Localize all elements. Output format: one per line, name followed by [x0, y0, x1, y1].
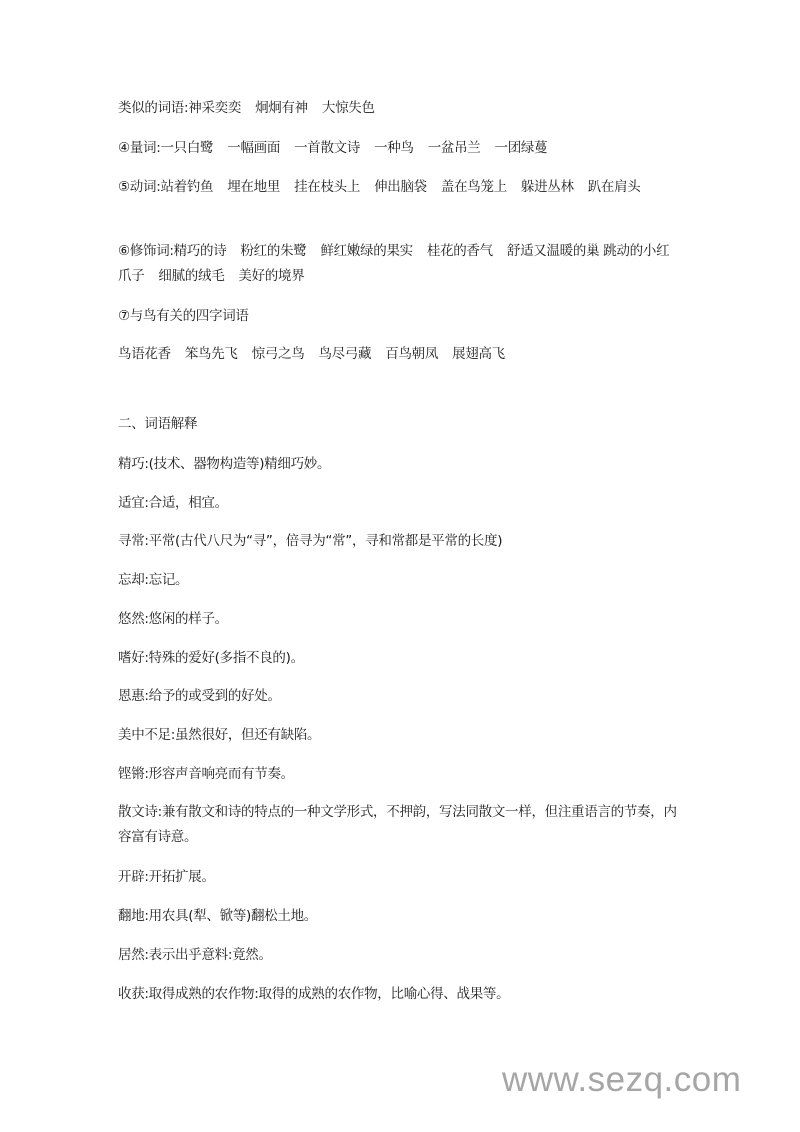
definition-entry: 翻地:用农具(犁、锨等)翻松土地。: [118, 904, 317, 929]
label: 类似的词语:: [118, 100, 188, 116]
measure-words-line: ④量词:一只白鹭一幅画面一首散文诗一种鸟一盆吊兰一团绿蔓: [118, 136, 547, 161]
verbs-line: ⑤动词:站着钓鱼埋在地里挂在枝头上伸出脑袋盖在鸟笼上躲进丛林趴在肩头: [118, 175, 678, 200]
modifiers-line: ⑥修饰词:精巧的诗粉红的朱鹭鲜红嫩绿的果实桂花的香气舒适又温暖的巢 跳动的小红爪…: [118, 239, 678, 289]
definition-entry: 开辟:开拓扩展。: [118, 865, 215, 890]
watermark: www.sezq.com: [502, 1060, 741, 1100]
definition-entry: 美中不足:虽然很好，但还有缺陷。: [118, 723, 320, 748]
definition-entry: 嗜好:特殊的爱好(多指不良的)。: [118, 646, 304, 671]
definition-entry: 铿锵:形容声音响亮而有节奏。: [118, 762, 294, 787]
section-heading: 二、词语解释: [118, 412, 197, 437]
definition-entry: 寻常:平常(古代八尺为“寻”，倍寻为“常”，寻和常都是平常的长度): [118, 529, 502, 554]
definition-entry: 散文诗:兼有散文和诗的特点的一种文学形式，不押韵，写法同散文一样，但注重语言的节…: [118, 800, 678, 850]
definition-entry: 居然:表示出乎意料:竟然。: [118, 943, 272, 968]
definition-entry: 收获:取得成熟的农作物:取得的成熟的农作物，比喻心得、战果等。: [118, 982, 509, 1007]
definition-entry: 适宜:合适，相宜。: [118, 491, 228, 516]
idioms-heading: ⑦与鸟有关的四字词语: [118, 304, 249, 329]
definition-entry: 忘却:忘记。: [118, 568, 188, 593]
definition-entry: 悠然:悠闲的样子。: [118, 607, 228, 632]
definition-entry: 恩惠:给予的或受到的好处。: [118, 684, 281, 709]
definition-entry: 精巧:(技术、器物构造等)精细巧妙。: [118, 452, 330, 477]
similar-words-line: 类似的词语:神采奕奕炯炯有神大惊失色: [118, 96, 375, 121]
idioms-line: 鸟语花香笨鸟先飞惊弓之鸟鸟尽弓藏百鸟朝凤展翅高飞: [118, 342, 505, 367]
